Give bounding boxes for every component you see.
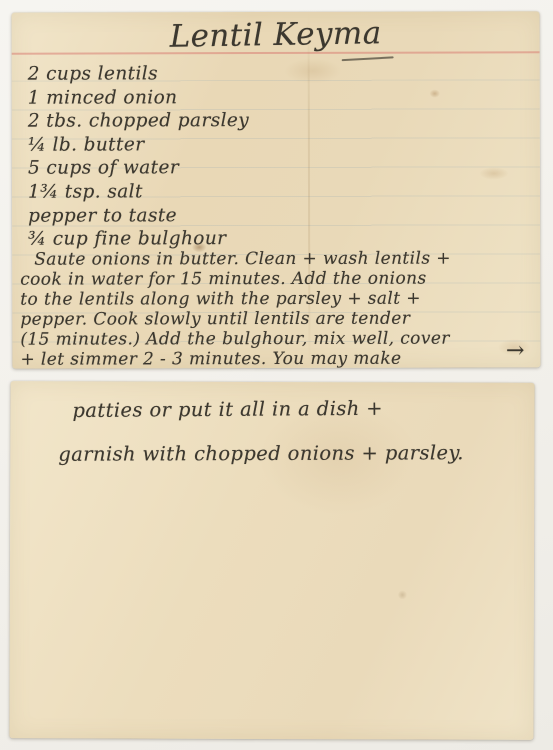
instruction-line: pepper. Cook slowly until lentils are te… xyxy=(20,308,532,329)
instructions-text: Saute onions in butter. Clean + wash len… xyxy=(20,248,532,368)
ingredient-line: pepper to taste xyxy=(28,203,530,228)
ingredients-list: 2 cups lentils 1 minced onion 2 tbs. cho… xyxy=(28,61,530,251)
ingredient-line: 5 cups of water xyxy=(28,156,530,181)
title-underline-flourish xyxy=(342,56,394,61)
stain xyxy=(398,590,407,599)
recipe-card-front: Lentil Keyma 2 cups lentils 1 minced oni… xyxy=(12,11,541,368)
ingredient-line: ¼ lb. butter xyxy=(28,132,530,157)
continuation-line: garnish with chopped onions + parsley. xyxy=(58,441,464,466)
photo-background: Lentil Keyma 2 cups lentils 1 minced oni… xyxy=(0,0,553,750)
instruction-line: + let simmer 2 - 3 minutes. You may make xyxy=(20,348,532,368)
ingredient-line: 2 cups lentils xyxy=(28,61,530,86)
instruction-line: Saute onions in butter. Clean + wash len… xyxy=(20,248,532,269)
instruction-line: to the lentils along with the parsley + … xyxy=(20,288,532,309)
ingredient-line: 1¾ tsp. salt xyxy=(28,179,530,204)
continuation-arrow-icon: → xyxy=(506,338,525,363)
recipe-card-back: patties or put it all in a dish + garnis… xyxy=(9,381,534,740)
continuation-line: patties or put it all in a dish + xyxy=(72,397,383,422)
ingredient-line: 2 tbs. chopped parsley xyxy=(28,109,530,134)
instruction-line: (15 minutes.) Add the bulghour, mix well… xyxy=(20,328,532,349)
instruction-line: cook in water for 15 minutes. Add the on… xyxy=(20,268,532,289)
ingredient-line: 1 minced onion xyxy=(28,85,530,110)
